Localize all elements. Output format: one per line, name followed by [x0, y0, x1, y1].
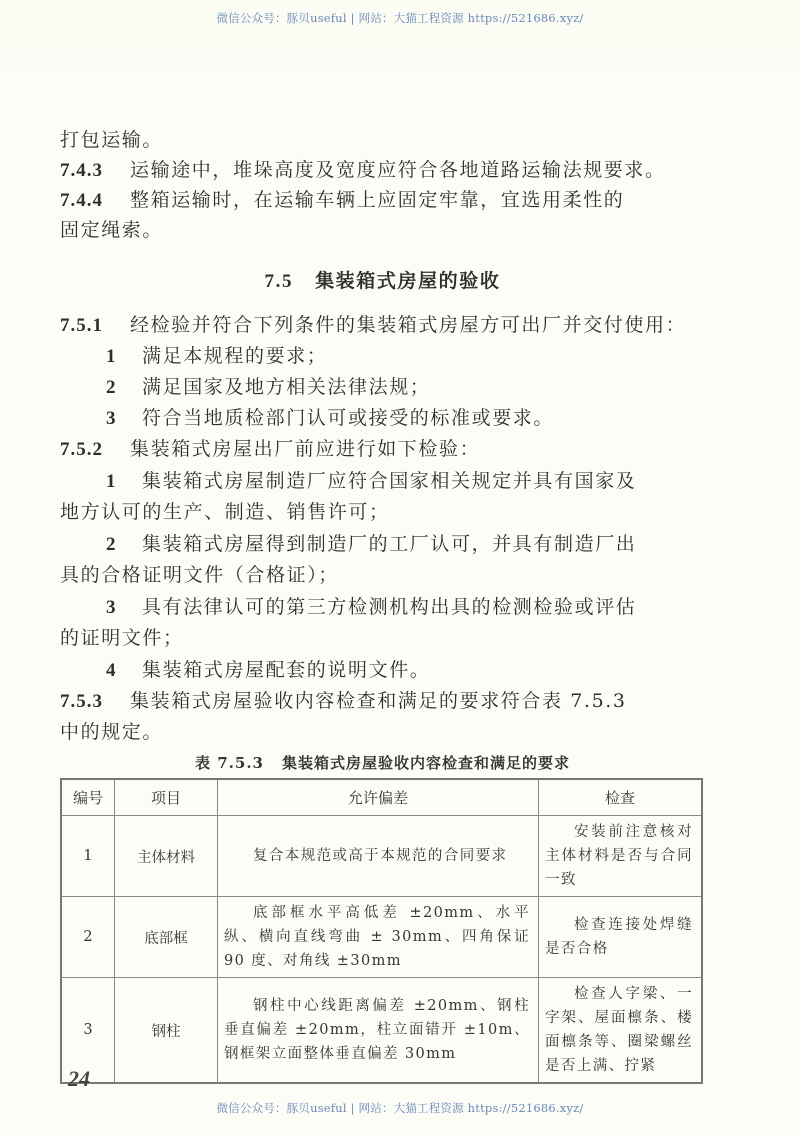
header-check: 检查	[539, 779, 703, 816]
continuation-text: 打包运输。	[60, 128, 163, 152]
clause-number: 7.5.1	[60, 314, 130, 338]
list-item: 1集装箱式房屋制造厂应符合国家相关规定并具有国家及	[60, 469, 636, 494]
list-item: 2满足国家及地方相关法律法规；	[60, 375, 430, 400]
list-item-cont: 地方认可的生产、制造、销售许可；	[60, 500, 390, 524]
cell-check: 检查连接处焊缝是否合格	[539, 897, 703, 978]
cell-tolerance: 复合本规范或高于本规范的合同要求	[218, 816, 539, 897]
cell-number: 2	[61, 897, 115, 978]
item-text: 满足本规程的要求；	[142, 345, 327, 367]
cell-check: 安装前注意核对主体材料是否与合同一致	[539, 816, 703, 897]
cell-number: 1	[61, 816, 115, 897]
watermark-bottom: 微信公众号：豚贝useful | 网站：大猫工程资源 https://52168…	[0, 1100, 800, 1116]
clause-text: 整箱运输时，在运输车辆上应固定牢靠，宜选用柔性的	[130, 189, 624, 211]
item-text: 集装箱式房屋配套的说明文件。	[142, 659, 430, 681]
clause-7-4-4: 7.4.4整箱运输时，在运输车辆上应固定牢靠，宜选用柔性的	[60, 188, 624, 213]
item-text: 集装箱式房屋得到制造厂的工厂认可，并具有制造厂出	[142, 533, 636, 555]
clause-7-5-1: 7.5.1经检验并符合下列条件的集装箱式房屋方可出厂并交付使用：	[60, 313, 686, 338]
clause-number: 7.4.3	[60, 159, 130, 183]
table-row: 2 底部框 底部框水平高低差 ±20mm、水平纵、横向直线弯曲 ± 30mm、四…	[61, 897, 702, 978]
list-item: 1满足本规程的要求；	[60, 344, 327, 369]
cell-tolerance: 钢柱中心线距离偏差 ±20mm、钢柱垂直偏差 ±20mm，柱立面错开 ±10m、…	[218, 978, 539, 1084]
item-number: 4	[106, 659, 142, 683]
item-text: 符合当地质检部门认可或接受的标准或要求。	[142, 407, 554, 429]
cell-check: 检查人字梁、一字架、屋面檩条、楼面檩条等、圈梁螺丝是否上满、拧紧	[539, 978, 703, 1084]
list-item: 3符合当地质检部门认可或接受的标准或要求。	[60, 406, 554, 431]
clause-7-5-3: 7.5.3集装箱式房屋验收内容检查和满足的要求符合表 7.5.3	[60, 689, 627, 714]
list-item-cont: 具的合格证明文件（合格证）；	[60, 563, 339, 587]
list-item-cont: 的证明文件；	[60, 626, 184, 650]
item-text: 满足国家及地方相关法律法规；	[142, 376, 430, 398]
cell-item: 钢柱	[115, 978, 218, 1084]
table-header-row: 编号 项目 允许偏差 检查	[61, 779, 702, 816]
section-number: 7.5	[265, 271, 294, 292]
clause-number: 7.4.4	[60, 189, 130, 213]
clause-number: 7.5.3	[60, 690, 130, 714]
list-item: 2集装箱式房屋得到制造厂的工厂认可，并具有制造厂出	[60, 532, 636, 557]
section-title: 集装箱式房屋的验收	[315, 270, 500, 292]
item-number: 2	[106, 533, 142, 557]
clause-7-4-4-cont: 固定绳索。	[60, 218, 163, 242]
clause-7-4-3: 7.4.3运输途中，堆垛高度及宽度应符合各地道路运输法规要求。	[60, 158, 666, 183]
clause-text: 运输途中，堆垛高度及宽度应符合各地道路运输法规要求。	[130, 159, 666, 181]
clause-7-5-2: 7.5.2集装箱式房屋出厂前应进行如下检验：	[60, 437, 480, 462]
item-number: 2	[106, 376, 142, 400]
page-number: 24	[68, 1066, 90, 1092]
table-row: 3 钢柱 钢柱中心线距离偏差 ±20mm、钢柱垂直偏差 ±20mm，柱立面错开 …	[61, 978, 702, 1084]
item-number: 1	[106, 470, 142, 494]
section-heading: 7.5集装箱式房屋的验收	[60, 266, 705, 293]
table-row: 1 主体材料 复合本规范或高于本规范的合同要求 安装前注意核对主体材料是否与合同…	[61, 816, 702, 897]
item-text: 具有法律认可的第三方检测机构出具的检测检验或评估	[142, 596, 636, 618]
acceptance-table: 编号 项目 允许偏差 检查 1 主体材料 复合本规范或高于本规范的合同要求 安装…	[60, 778, 703, 1084]
clause-number: 7.5.2	[60, 438, 130, 462]
table-caption: 表 7.5.3集装箱式房屋验收内容检查和满足的要求	[60, 752, 705, 773]
table-number: 表 7.5.3	[195, 754, 264, 772]
cell-tolerance: 底部框水平高低差 ±20mm、水平纵、横向直线弯曲 ± 30mm、四角保证 90…	[218, 897, 539, 978]
clause-7-5-3-cont: 中的规定。	[60, 720, 163, 744]
list-item: 3具有法律认可的第三方检测机构出具的检测检验或评估	[60, 595, 636, 620]
clause-text: 集装箱式房屋出厂前应进行如下检验：	[130, 438, 480, 460]
watermark-top: 微信公众号：豚贝useful | 网站：大猫工程资源 https://52168…	[0, 10, 800, 26]
header-item: 项目	[115, 779, 218, 816]
cell-item: 主体材料	[115, 816, 218, 897]
clause-text: 经检验并符合下列条件的集装箱式房屋方可出厂并交付使用：	[130, 314, 686, 336]
item-number: 1	[106, 345, 142, 369]
item-number: 3	[106, 407, 142, 431]
header-tolerance: 允许偏差	[218, 779, 539, 816]
clause-text: 集装箱式房屋验收内容检查和满足的要求符合表 7.5.3	[130, 690, 627, 712]
item-number: 3	[106, 596, 142, 620]
table-title: 集装箱式房屋验收内容检查和满足的要求	[282, 754, 570, 772]
item-text: 集装箱式房屋制造厂应符合国家相关规定并具有国家及	[142, 470, 636, 492]
cell-item: 底部框	[115, 897, 218, 978]
header-number: 编号	[61, 779, 115, 816]
list-item: 4集装箱式房屋配套的说明文件。	[60, 658, 430, 683]
